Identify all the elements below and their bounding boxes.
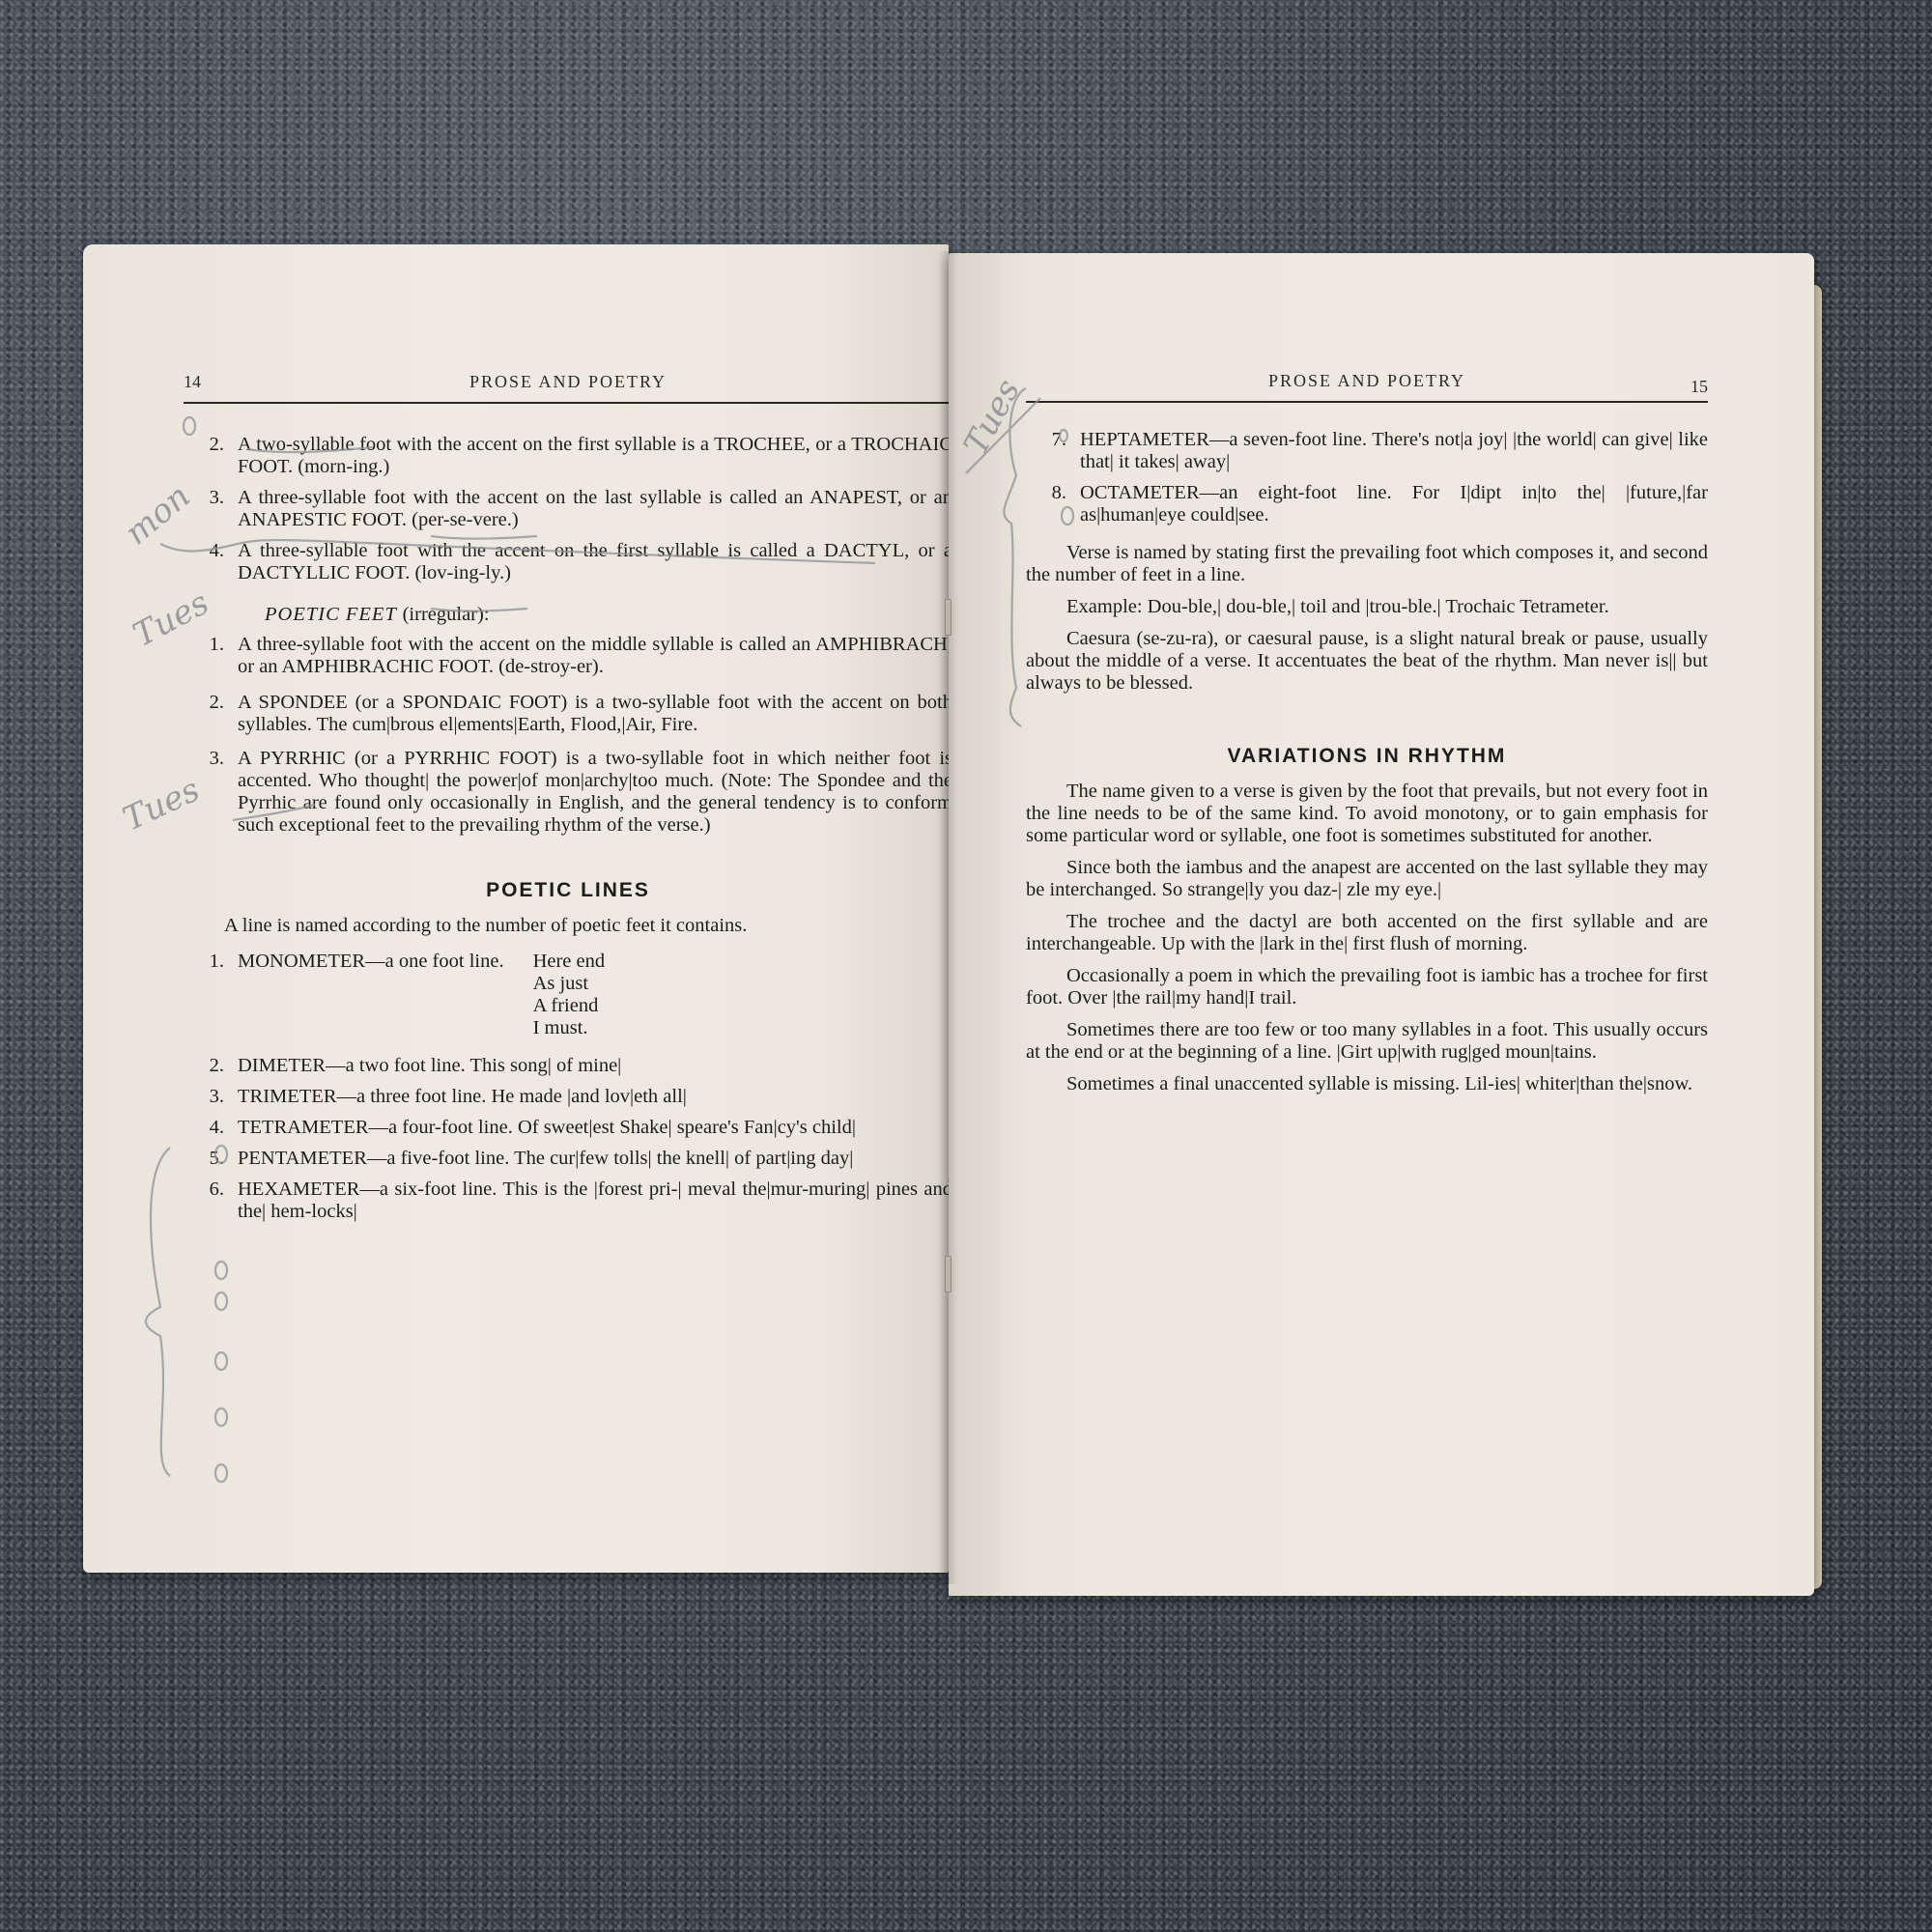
paragraph: Since both the iambus and the anapest ar… xyxy=(1026,857,1708,901)
line-types-list: 1. MONOMETER—a one foot line. Here end A… xyxy=(184,951,952,1223)
staple xyxy=(945,599,952,636)
line-types-list-continued: 7. HEPTAMETER—a seven-foot line. There's… xyxy=(1026,429,1708,526)
pencil-note-tues: Tues xyxy=(956,373,1028,461)
list-item: 3. A PYRRHIC (or a PYRRHIC FOOT) is a tw… xyxy=(184,748,952,837)
list-item: 2. A SPONDEE (or a SPONDAIC FOOT) is a t… xyxy=(184,692,952,736)
section-title-variations: VARIATIONS IN RHYTHM xyxy=(1026,745,1708,767)
right-page-content: 7. HEPTAMETER—a seven-foot line. There's… xyxy=(1026,429,1708,1105)
list-item: 2. DIMETER—a two foot line. This song| o… xyxy=(184,1055,952,1077)
running-head-left: 14 PROSE AND POETRY xyxy=(184,372,952,404)
regular-feet-list: 2. A two-syllable foot with the accent o… xyxy=(184,434,952,584)
paragraph: The name given to a verse is given by th… xyxy=(1026,781,1708,847)
left-page: 14 PROSE AND POETRY 2. A two-syllable fo… xyxy=(83,244,949,1573)
list-item: 1. A three-syllable foot with the accent… xyxy=(184,634,952,678)
running-head-right: PROSE AND POETRY 15 xyxy=(1026,371,1708,403)
list-item: 4. A three-syllable foot with the accent… xyxy=(184,540,952,584)
paragraph: Verse is named by stating first the prev… xyxy=(1026,542,1708,586)
list-item-monometer: 1. MONOMETER—a one foot line. Here end A… xyxy=(184,951,952,1039)
section-title-poetic-lines: POETIC LINES xyxy=(184,879,952,901)
list-item: 6. HEXAMETER—a six-foot line. This is th… xyxy=(184,1179,952,1223)
paragraph: Sometimes a final unaccented syllable is… xyxy=(1026,1073,1708,1095)
paragraph: Example: Dou-ble,| dou-ble,| toil and |t… xyxy=(1026,596,1708,618)
list-item: 5. PENTAMETER—a five-foot line. The cur|… xyxy=(184,1148,952,1170)
paragraph: The trochee and the dactyl are both acce… xyxy=(1026,911,1708,955)
monometer-poem: Here end As just A friend I must. xyxy=(533,951,606,1039)
lines-intro: A line is named according to the number … xyxy=(184,915,952,937)
irregular-feet-heading: POETIC FEET (irregular): xyxy=(265,604,952,626)
left-page-content: 2. A two-syllable foot with the accent o… xyxy=(184,434,952,1232)
list-item: 7. HEPTAMETER—a seven-foot line. There's… xyxy=(1026,429,1708,473)
list-item: 3. A three-syllable foot with the accent… xyxy=(184,487,952,531)
open-booklet: 14 PROSE AND POETRY 2. A two-syllable fo… xyxy=(0,0,1932,1932)
running-head-title: PROSE AND POETRY xyxy=(184,372,952,392)
list-item: 4. TETRAMETER—a four-foot line. Of sweet… xyxy=(184,1117,952,1139)
book-gutter xyxy=(939,251,958,1584)
paragraph: Occasionally a poem in which the prevail… xyxy=(1026,965,1708,1009)
list-item: 8. OCTAMETER—an eight-foot line. For I|d… xyxy=(1026,482,1708,526)
page-number: 15 xyxy=(1690,377,1708,397)
paragraph: Caesura (se-zu-ra), or caesural pause, i… xyxy=(1026,628,1708,695)
irregular-feet-list: 1. A three-syllable foot with the accent… xyxy=(184,634,952,837)
list-item: 2. A two-syllable foot with the accent o… xyxy=(184,434,952,478)
right-page: PROSE AND POETRY 15 7. HEPTAMETER—a seve… xyxy=(949,253,1814,1596)
paragraph: Sometimes there are too few or too many … xyxy=(1026,1019,1708,1064)
staple xyxy=(945,1256,952,1293)
list-item: 3. TRIMETER—a three foot line. He made |… xyxy=(184,1086,952,1108)
running-head-title: PROSE AND POETRY xyxy=(1026,371,1708,391)
